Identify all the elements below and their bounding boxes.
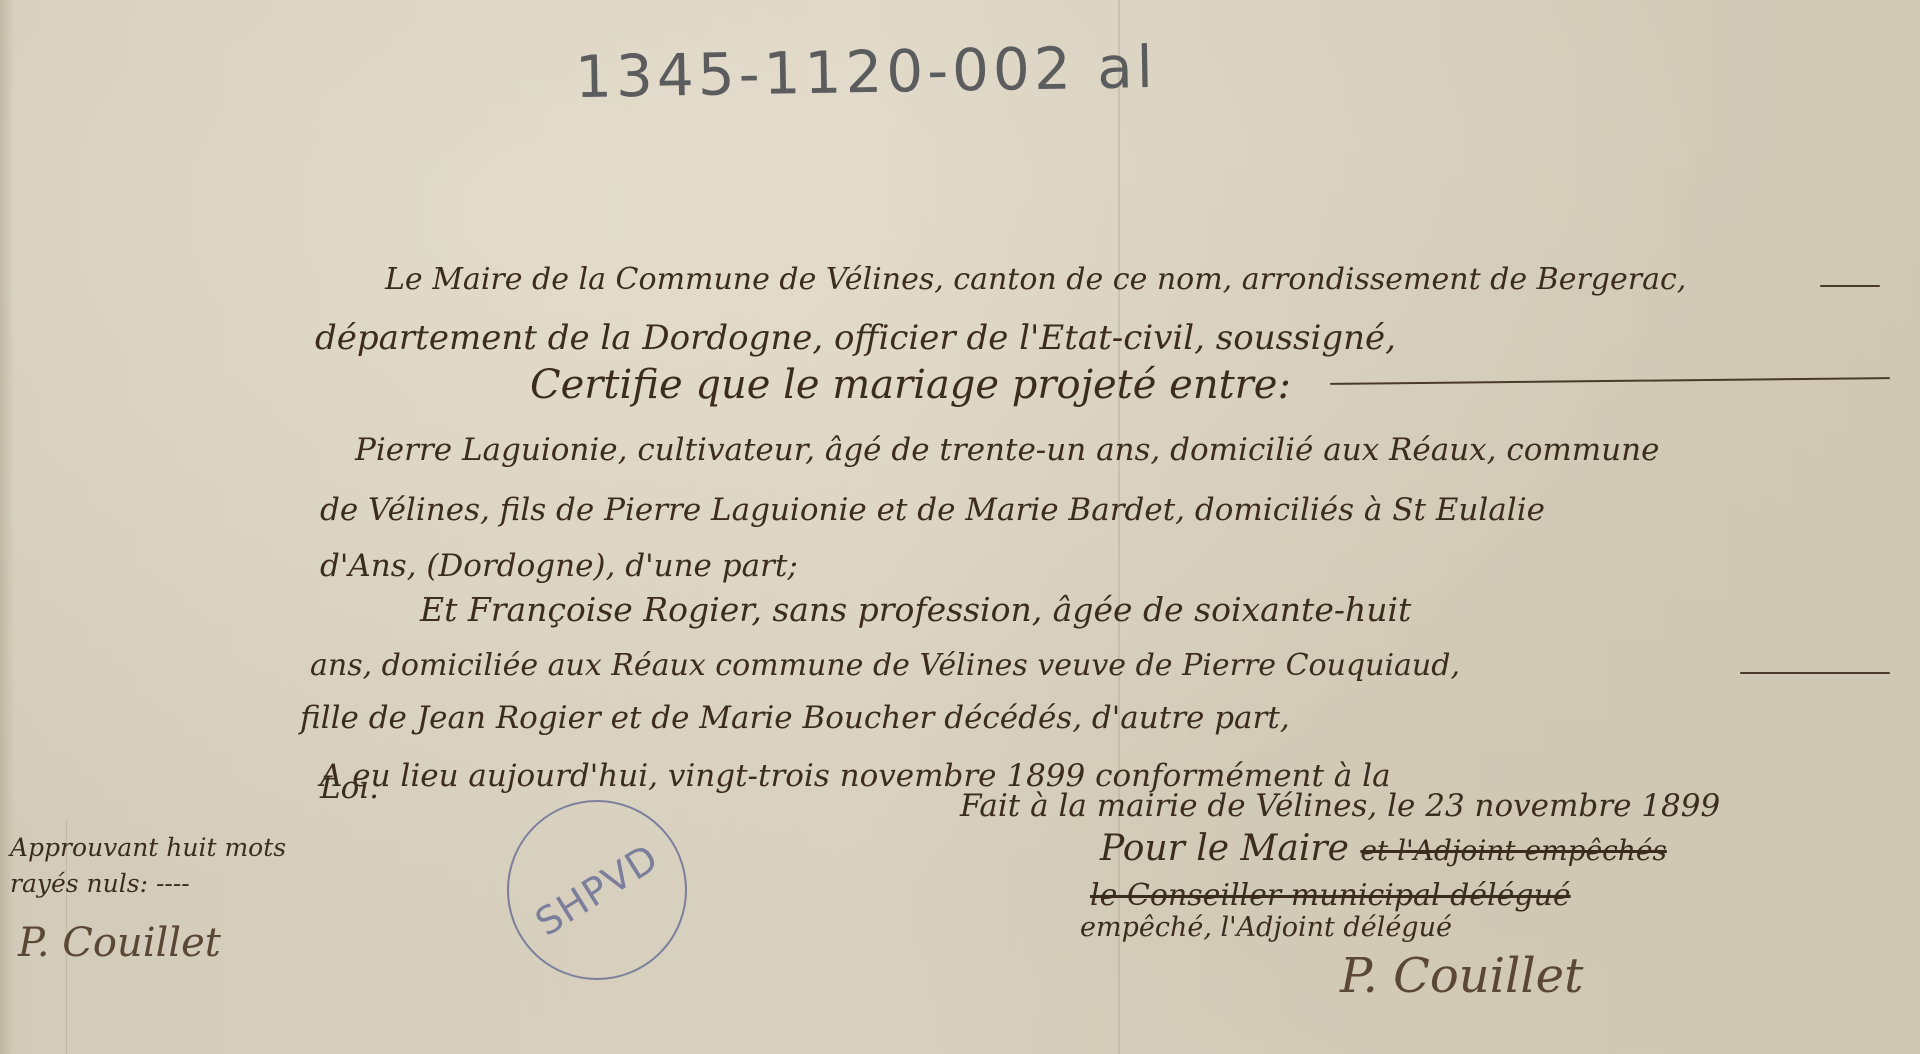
struck-line: le Conseiller municipal délégué xyxy=(1090,878,1571,913)
line-filler-dash xyxy=(1740,672,1890,674)
struck-text: et l'Adjoint empêchés xyxy=(1360,834,1666,867)
correction-line: empêché, l'Adjoint délégué xyxy=(1080,912,1452,943)
pour-le-maire: Pour le Maire xyxy=(1100,828,1349,869)
archive-stamp: SHPVD xyxy=(507,800,687,980)
closing-place-date: Fait à la mairie de Vélines, le 23 novem… xyxy=(960,788,1720,824)
body-line-groom-part: d'Ans, (Dordogne), d'une part; xyxy=(320,548,798,584)
line-filler-dash xyxy=(1820,285,1880,287)
body-line-bride-parents: fille de Jean Rogier et de Marie Boucher… xyxy=(300,700,1290,736)
certifie-heading: Certifie que le mariage projeté entre: xyxy=(530,362,1291,408)
body-line-1: Le Maire de la Commune de Vélines, canto… xyxy=(385,262,1686,297)
body-line-groom-parents: de Vélines, fils de Pierre Laguionie et … xyxy=(320,492,1545,528)
mayor-signature: P. Couillet xyxy=(1340,948,1583,1004)
body-line-loi: Loi. xyxy=(320,770,379,806)
body-line-groom: Pierre Laguionie, cultivateur, âgé de tr… xyxy=(355,432,1659,468)
reference-number: 1345-1120-002 al xyxy=(574,33,1157,111)
body-line-bride-domicile: ans, domiciliée aux Réaux commune de Vél… xyxy=(310,648,1460,683)
closing-signatory: Pour le Maire et l'Adjoint empêchés xyxy=(1100,828,1667,869)
margin-note: Approuvant huit mots rayés nuls: ---- xyxy=(10,830,350,902)
struck-text: le Conseiller municipal délégué xyxy=(1090,878,1571,913)
body-line-bride: Et Françoise Rogier, sans profession, âg… xyxy=(420,590,1411,629)
stamp-text: SHPVD xyxy=(528,835,667,944)
margin-signature: P. Couillet xyxy=(18,920,221,966)
body-line-2: département de la Dordogne, officier de … xyxy=(315,318,1396,358)
